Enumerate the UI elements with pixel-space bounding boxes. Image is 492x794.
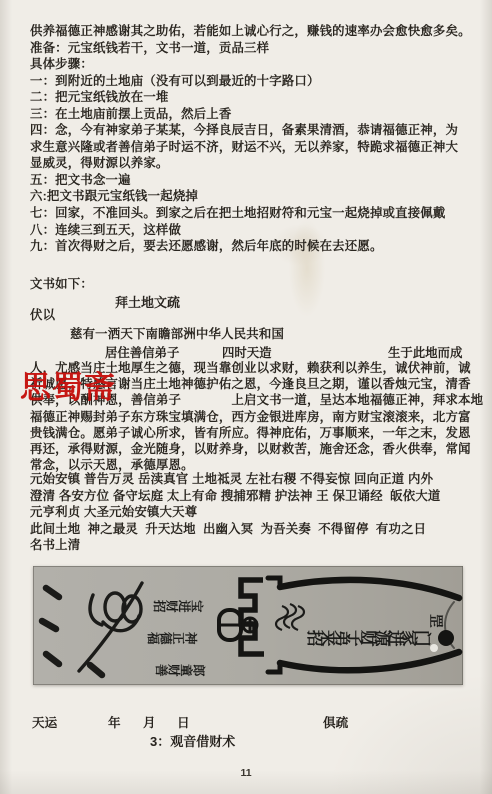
studio-watermark: 思蜀斋 bbox=[20, 372, 116, 403]
text-line: 福德正神赐封弟子东方珠宝填满仓，西方金银进库房，南方财宝滚滚来，北方富 bbox=[30, 409, 466, 425]
document-lead: 文书如下： bbox=[30, 276, 466, 293]
text-line: 三：在土地庙前摆上贡品，然后上香 bbox=[30, 106, 466, 123]
white-dot-icon bbox=[430, 644, 438, 652]
day-label: 日 bbox=[177, 712, 190, 731]
text-line: 六:把文书跟元宝纸钱一起烧掉 bbox=[30, 188, 466, 205]
year-label: 年 bbox=[108, 712, 121, 731]
talisman-column-3: 善财童郎 bbox=[154, 664, 207, 677]
text-line: 四：念，今有神家弟子某某，今择良辰吉日，备素果清酒，恭请福德正神，为 bbox=[30, 122, 466, 139]
scanned-document-page: 供养福德正神感谢其之助佑，若能如上诚心行之，赚钱的速率办会愈快愈多矣。 准备：元… bbox=[0, 0, 492, 794]
text-line: 二：把元宝纸钱放在一堆 bbox=[30, 89, 466, 106]
text-line: 供养福德正神感谢其之助佑，若能如上诚心行之，赚钱的速率办会愈快愈多矣。 bbox=[30, 23, 466, 40]
text-line: 显威灵，得财源以养家。 bbox=[30, 155, 466, 172]
text-line: 九：首次得财之后，要去还愿感谢，然后年底的时候在去还愿。 bbox=[30, 238, 466, 255]
month-label: 月 bbox=[143, 712, 156, 731]
tianyun-label: 天运 bbox=[32, 712, 57, 731]
talisman-column-1: 招财进宝 bbox=[152, 599, 205, 613]
text-line: 此间土地 神之最灵 升天达地 出幽入冥 为吾关奏 不得留停 有功之日 bbox=[30, 521, 466, 538]
text-line: 求生意兴隆或者善信弟子时运不济，财运不兴，无以养家，特跪求福德正神大 bbox=[30, 139, 466, 156]
jushu-label: 俱疏 bbox=[323, 712, 348, 731]
talisman-image: 招财进宝 福德正神 善财童郎 招来弟子财源进家门 罡 bbox=[33, 566, 463, 685]
document-fuyi: 伏以 bbox=[30, 307, 466, 324]
document-fillin-line: 居住善信弟子 四时天造 生于此地而成 bbox=[30, 343, 466, 360]
text-line: 元亨利贞 大圣元始安镇大天尊 bbox=[30, 504, 466, 521]
incantation-block: 元始安镇 普告万灵 岳渎真官 土地祗灵 左社右稷 不得妄惊 回向正道 内外 澄清… bbox=[30, 471, 466, 554]
page-number: 11 bbox=[0, 767, 492, 779]
talisman-column-2: 福德正神 bbox=[146, 632, 199, 645]
text-line: 八：连续三到五天，这样做 bbox=[30, 222, 466, 239]
text-line: 澄清 各安方位 备守坛庭 太上有命 搜捕邪精 护法神 王 保卫诵经 皈依大道 bbox=[30, 488, 466, 505]
text-line: 五：把文书念一遍 bbox=[30, 172, 466, 189]
text-line: 一：到附近的土地庙（没有可以到最近的十字路口） bbox=[30, 73, 466, 90]
document-realm-line: 慈有一洒天下南瞻部洲中华人民共和国 bbox=[70, 326, 492, 343]
talisman-seal-character: 罡 bbox=[428, 614, 444, 628]
next-section-title: 3：观音借财术 bbox=[150, 731, 235, 750]
text-line: 具体步骤： bbox=[30, 56, 466, 73]
born-label: 生于此地而成 bbox=[388, 343, 462, 361]
text-line: 七：回家，不准回头。到家之后在把土地招财符和元宝一起烧掉或直接佩戴 bbox=[30, 205, 466, 222]
text-line: 名书上清 bbox=[30, 537, 466, 554]
text-line: 准备：元宝纸钱若干，文书一道，贡品三样 bbox=[30, 40, 466, 57]
text-line: 贵钱满仓。愿弟子诚心所求，皆有所应。得神庇佑，万事顺来，一年之末，发恩 bbox=[30, 425, 466, 441]
time-label: 四时天造 bbox=[222, 343, 272, 361]
resident-label: 居住善信弟子 bbox=[105, 343, 179, 361]
intro-steps-block: 供养福德正神感谢其之助佑，若能如上诚心行之，赚钱的速率办会愈快愈多矣。 准备：元… bbox=[30, 23, 466, 255]
talisman-side-text: 招财进宝 福德正神 善财童郎 bbox=[146, 599, 207, 677]
text-line: 再还，承得财源，金光随身，以财养身，以财救苦，施舍还念，香火供奉，常闻 bbox=[30, 441, 466, 457]
text-line: 元始安镇 普告万灵 岳渎真官 土地祗灵 左社右稷 不得妄惊 回向正道 内外 bbox=[30, 471, 466, 488]
